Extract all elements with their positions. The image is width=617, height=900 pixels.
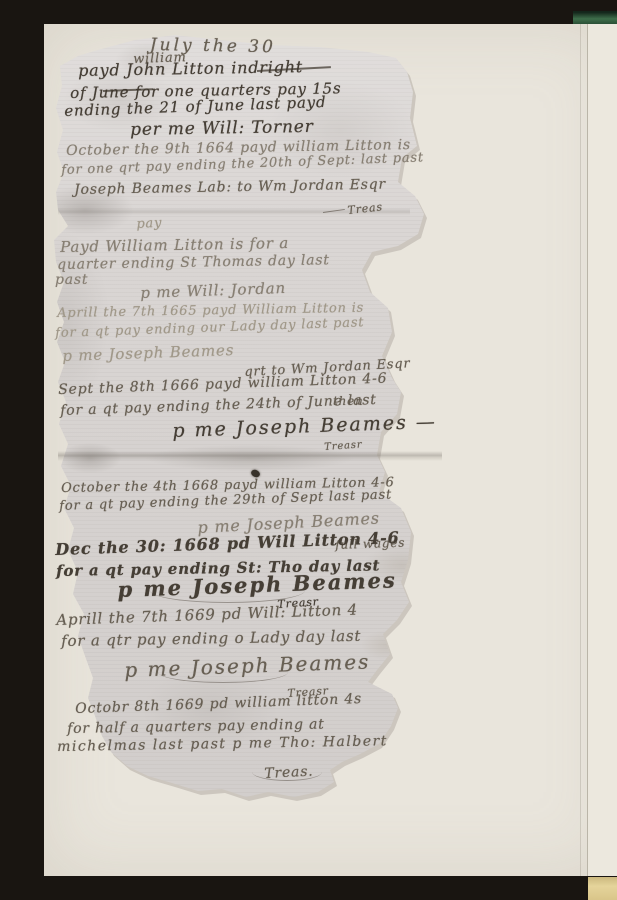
page-fore-edge (587, 24, 617, 876)
gilt-page-edge (588, 877, 617, 900)
book-binding-edge (573, 11, 617, 24)
page-fold-line (580, 24, 581, 876)
photo-of-manuscript: william July the 30 payd John Litton ind… (0, 0, 617, 900)
handwritten-line: past (55, 272, 88, 288)
heading-date: July the 30 (150, 35, 276, 57)
signature-line: per me Will: Torner (130, 117, 314, 140)
crease-line (58, 451, 442, 461)
faded-word: pay (136, 216, 163, 232)
